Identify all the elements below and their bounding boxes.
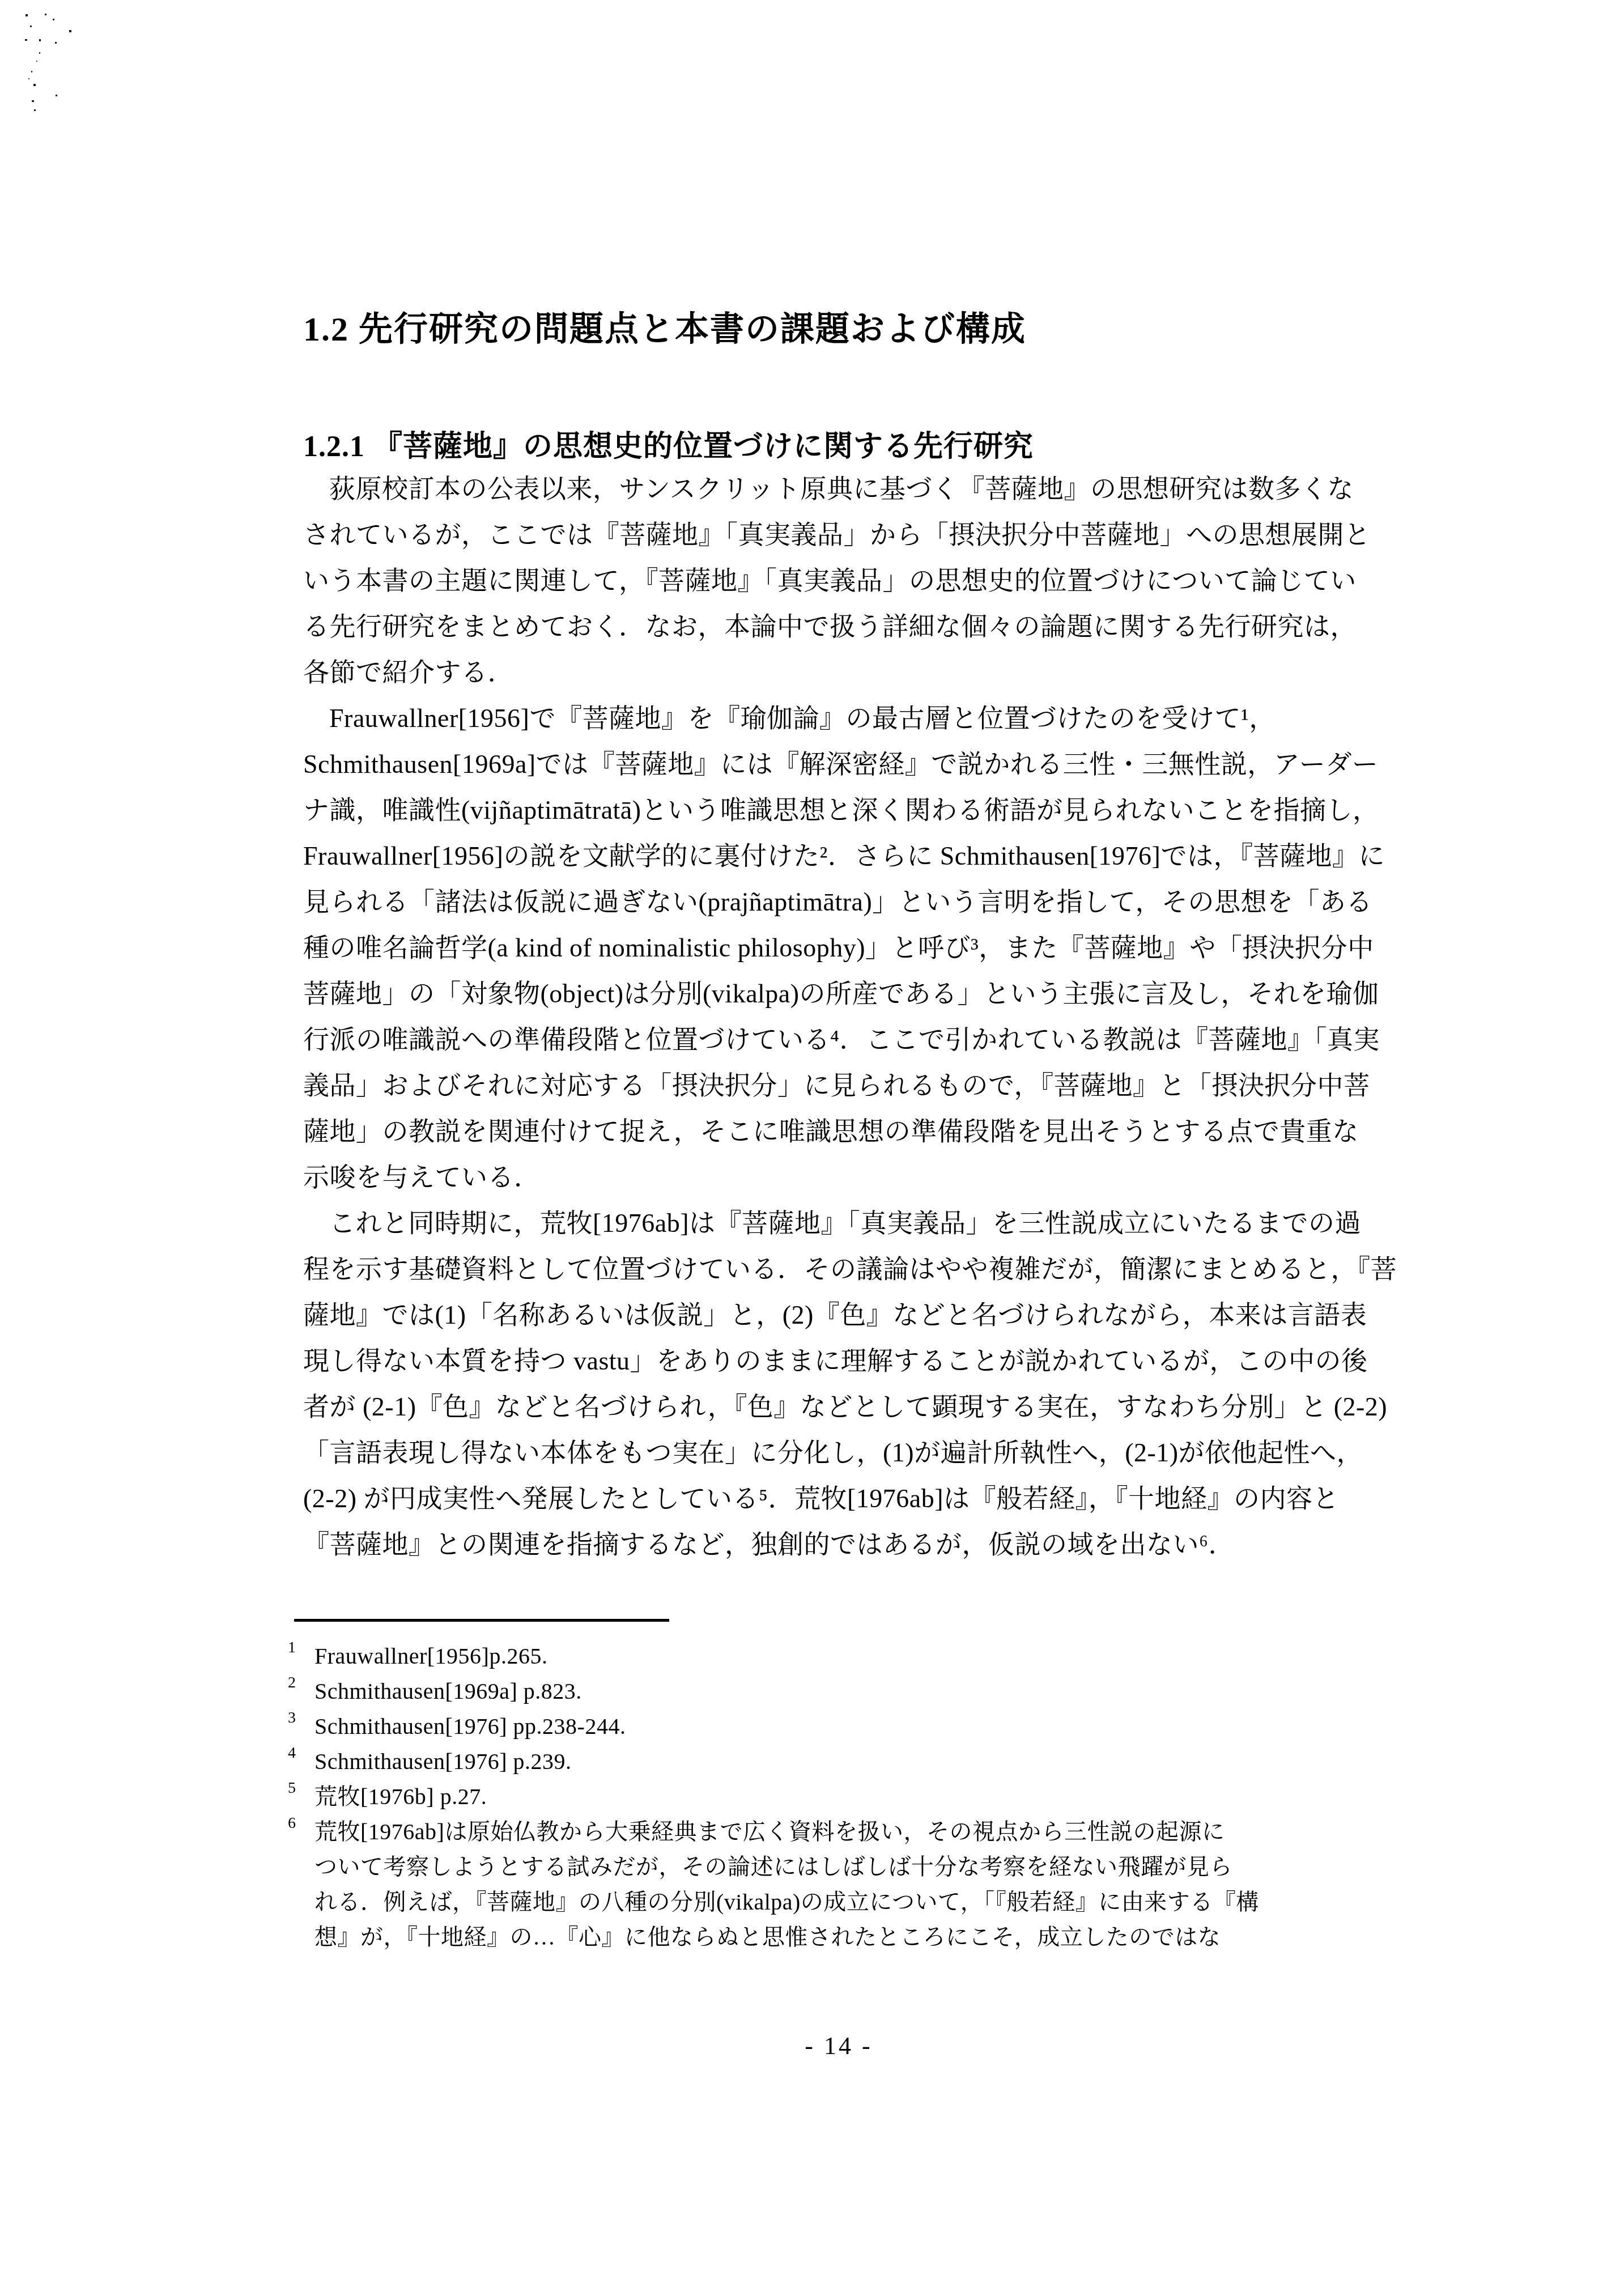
body-line: ナ識，唯識性(vijñaptimātratā)という唯識思想と深く関わる術語が見… <box>303 787 1391 833</box>
footnote-number: 4 <box>288 1745 296 1761</box>
body-line: 見られる「諸法は仮説に過ぎない(prajñaptimātra)」という言明を指し… <box>303 879 1391 925</box>
body-text: 荻原校訂本の公表以来，サンスクリット原典に基づく『菩薩地』の思想研究は数多くなさ… <box>303 466 1391 1567</box>
footnote-line: Schmithausen[1969a] p.823. <box>314 1674 1405 1709</box>
footnote-number: 3 <box>288 1710 296 1726</box>
body-line: Frauwallner[1956]で『菩薩地』を『瑜伽論』の最古層と位置づけたの… <box>303 695 1391 741</box>
body-line: (2-2) が円成実性へ発展したとしている⁵．荒牧[1976ab]は『般若経』，… <box>303 1476 1391 1521</box>
body-line: 『菩薩地』との関連を指摘するなど，独創的ではあるが，仮説の域を出ない⁶． <box>303 1521 1391 1567</box>
footnote-text: Frauwallner[1956]p.265. <box>314 1639 1405 1674</box>
body-line: 菩薩地」の「対象物(object)は分別(vikalpa)の所産である」という主… <box>303 971 1391 1017</box>
scan-noise <box>28 78 29 79</box>
body-line: 者が (2-1)『色』などと名づけられ，『色』などとして顕現する実在，すなわち分… <box>303 1384 1391 1430</box>
scan-noise <box>31 71 32 73</box>
footnote-text: Schmithausen[1969a] p.823. <box>314 1674 1405 1709</box>
scan-noise <box>30 25 32 27</box>
scan-noise <box>25 39 27 41</box>
footnote: 1 Frauwallner[1956]p.265. <box>283 1639 1405 1674</box>
footnote-number: 1 <box>288 1640 296 1656</box>
scan-noise <box>34 109 36 111</box>
scan-noise <box>56 95 57 96</box>
body-line: 現し得ない本質を持つ vastu」をありのままに理解することが説かれているが，こ… <box>303 1338 1391 1384</box>
footnote: 5 荒牧[1976b] p.27. <box>283 1779 1405 1814</box>
footnote: 2 Schmithausen[1969a] p.823. <box>283 1674 1405 1709</box>
scan-noise <box>25 14 28 16</box>
body-line: 程を示す基礎資料として位置づけている．その議論はやや複雑だが，簡潔にまとめると，… <box>303 1246 1391 1292</box>
scan-noise <box>39 52 40 54</box>
footnote-line: Schmithausen[1976] p.239. <box>314 1744 1405 1779</box>
section-heading: 1.2 先行研究の問題点と本書の課題および構成 <box>303 302 1026 351</box>
body-line: 種の唯名論哲学(a kind of nominalistic philosoph… <box>303 925 1391 971</box>
footnote-line: Schmithausen[1976] pp.238-244. <box>314 1709 1405 1744</box>
footnote-text: 荒牧[1976ab]は原始仏教から大乗経典まで広く資料を扱い，その視点から三性説… <box>314 1814 1405 1955</box>
body-line: る先行研究をまとめておく．なお，本論中で扱う詳細な個々の論題に関する先行研究は， <box>303 603 1391 649</box>
scan-noise <box>69 30 71 32</box>
footnote-number: 2 <box>288 1675 296 1691</box>
footnote-text: Schmithausen[1976] p.239. <box>314 1744 1405 1779</box>
body-line: Frauwallner[1956]の説を文献学的に裏付けた²．さらに Schmi… <box>303 833 1391 879</box>
footnote: 4 Schmithausen[1976] p.239. <box>283 1744 1405 1779</box>
footnote: 6 荒牧[1976ab]は原始仏教から大乗経典まで広く資料を扱い，その視点から三… <box>283 1814 1405 1955</box>
subsection-heading: 1.2.1 『菩薩地』の思想史的位置づけに関する先行研究 <box>303 422 1034 465</box>
footnote-line: ついて考察しようとする試みだが，その論述にはしばしば十分な考察を経ない飛躍が見ら <box>314 1849 1405 1885</box>
body-line: 示唆を与えている． <box>303 1154 1391 1200</box>
footnote-number: 6 <box>288 1815 296 1831</box>
footnote-text: Schmithausen[1976] pp.238-244. <box>314 1709 1405 1744</box>
footnotes: 1 Frauwallner[1956]p.265. 2 Schmithausen… <box>283 1639 1405 1955</box>
scan-noise <box>33 84 36 86</box>
page-number: - 14 - <box>790 2031 887 2060</box>
footnote-line: 荒牧[1976ab]は原始仏教から大乗経典まで広く資料を扱い，その視点から三性説… <box>314 1814 1405 1849</box>
body-line: されているが，ここでは『菩薩地』「真実義品」から「摂決択分中菩薩地」への思想展開… <box>303 512 1391 558</box>
body-line: 薩地」の教説を関連付けて捉え，そこに唯識思想の準備段階を見出そうとする点で貴重な <box>303 1108 1391 1154</box>
body-line: 薩地』では(1)「名称あるいは仮説」と，(2)『色』などと名づけられながら，本来… <box>303 1292 1391 1338</box>
footnote-number: 5 <box>288 1780 296 1796</box>
scan-noise <box>55 42 57 44</box>
footnote-line: Frauwallner[1956]p.265. <box>314 1639 1405 1674</box>
scan-noise <box>32 100 34 102</box>
scan-noise <box>36 61 37 62</box>
footnote-divider <box>294 1619 669 1622</box>
body-line: いう本書の主題に関連して，『菩薩地』「真実義品」の思想史的位置づけについて論じて… <box>303 558 1391 603</box>
body-line: 行派の唯識説への準備段階と位置づけている⁴．ここで引かれている教説は『菩薩地』「… <box>303 1017 1391 1062</box>
document-page: 1.2 先行研究の問題点と本書の課題および構成 1.2.1 『菩薩地』の思想史的… <box>0 0 1624 2296</box>
body-line: 義品」およびそれに対応する「摂決択分」に見られるもので，『菩薩地』と「摂決択分中… <box>303 1062 1391 1108</box>
body-line: 「言語表現し得ない本体をもつ実在」に分化し，(1)が遍計所執性へ，(2-1)が依… <box>303 1430 1391 1476</box>
body-line: 各節で紹介する． <box>303 649 1391 695</box>
scan-noise <box>53 19 54 20</box>
body-line: Schmithausen[1969a]では『菩薩地』には『解深密経』で説かれる三… <box>303 741 1391 787</box>
scan-noise <box>45 14 46 15</box>
footnote: 3 Schmithausen[1976] pp.238-244. <box>283 1709 1405 1744</box>
body-line: 荻原校訂本の公表以来，サンスクリット原典に基づく『菩薩地』の思想研究は数多くな <box>303 466 1391 512</box>
scan-noise <box>39 39 41 41</box>
footnote-line: 荒牧[1976b] p.27. <box>314 1779 1405 1814</box>
body-line: これと同時期に，荒牧[1976ab]は『菩薩地』「真実義品」を三性説成立にいたる… <box>303 1200 1391 1246</box>
footnote-text: 荒牧[1976b] p.27. <box>314 1779 1405 1814</box>
footnote-line: 想』が，『十地経』の…『心』に他ならぬと思惟されたところにこそ，成立したのではな <box>314 1920 1405 1955</box>
footnote-line: れる．例えば，『菩薩地』の八種の分別(vikalpa)の成立について，「『般若経… <box>314 1885 1405 1920</box>
